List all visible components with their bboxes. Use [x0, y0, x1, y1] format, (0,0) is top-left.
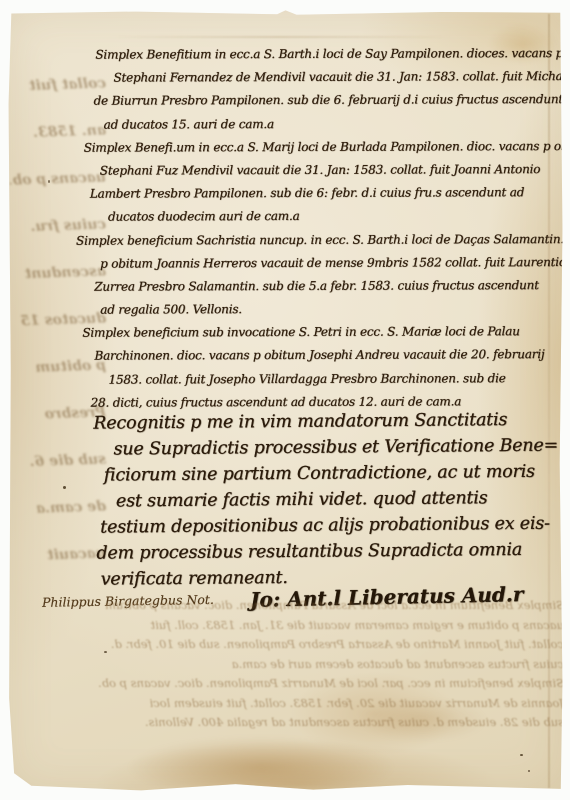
manuscript-line: sue Supradictis processibus et Verificat…	[113, 433, 562, 463]
manuscript-line: Stephani Fernandez de Mendivil vacauit d…	[113, 65, 562, 90]
manuscript-line: dem processibus resultantibus Supradicta…	[96, 537, 563, 567]
manuscript-line: ficiorum sine partium Contradictione, ac…	[104, 459, 563, 489]
manuscript-page: collat fuit an. 1583. uacans p ob. cuius…	[8, 10, 563, 792]
manuscript-line: p obitum Joannis Herreros vacauit de men…	[100, 251, 563, 276]
showthrough-line: uacans p obitum e regiam cameram vacauit…	[36, 616, 564, 636]
manuscript-line: Recognitis p me in vim mandatorum Sancti…	[93, 407, 562, 437]
scanner-background: { "colors": { "background": "#fbfcfa", "…	[0, 0, 570, 800]
water-stain-bottom	[126, 736, 396, 788]
verso-showthrough-block: Simplex Benefitium in ecc.a loci de Assa…	[36, 596, 564, 733]
manuscript-line: est sumarie factis mihi videt. quod atte…	[116, 485, 563, 515]
showthrough-line: Joannis de Munarriz vacauit die 20. febr…	[36, 694, 564, 714]
ink-speck	[528, 770, 530, 772]
manuscript-line: Lambert Presbro Pampilonen. sub die 6: f…	[90, 181, 563, 206]
showthrough-line: cuius fructus ascendunt ad ducatos decem…	[36, 655, 564, 675]
manuscript-closing: Recognitis p me in vim mandatorum Sancti…	[7, 407, 564, 594]
manuscript-line: Simplex Benefitium in ecc.a S. Barth.i l…	[95, 42, 562, 67]
fold-crease-top	[108, 36, 452, 38]
manuscript-line: ad ducatos 15. auri de cam.a	[104, 112, 563, 137]
showthrough-line: collat. fuit Joanni Martino de Assarta P…	[36, 635, 564, 655]
manuscript-body: Simplex Benefitium in ecc.a S. Barth.i l…	[7, 42, 563, 415]
manuscript-line: testium depositionibus ac alijs probatio…	[100, 511, 563, 541]
showthrough-line: Simplex beneficium in ecc. par. loci de …	[36, 674, 564, 694]
manuscript-line: Simplex Benefi.um in ecc.a S. Marij loci…	[84, 135, 563, 160]
manuscript-line: Stephani Fuz Mendivil vacauit die 31. Ja…	[100, 158, 563, 183]
showthrough-line: Simplex Benefitium in ecc.a loci de Assa…	[36, 596, 564, 616]
manuscript-line: Simplex beneficium Sachristia nuncup. in…	[76, 228, 563, 253]
manuscript-line: Simplex beneficium sub invocatione S. Pe…	[82, 320, 563, 345]
manuscript-line: Zurrea Presbro Salamantin. sub die 5.a f…	[94, 274, 563, 299]
manuscript-line: ducatos duodecim auri de cam.a	[108, 204, 563, 229]
manuscript-line: ad regalia 500. Vellonis.	[100, 297, 563, 322]
manuscript-line: 1583. collat. fuit Josepho Villardagga P…	[108, 367, 563, 392]
manuscript-line: de Biurrun Presbro Pampilonen. sub die 6…	[94, 88, 563, 113]
showthrough-line: sub die 28. eiusdem d. cuius fructus asc…	[36, 713, 564, 733]
manuscript-line: Barchinonen. dioc. vacans p obitum Josep…	[94, 343, 563, 368]
ink-speck	[520, 754, 523, 756]
